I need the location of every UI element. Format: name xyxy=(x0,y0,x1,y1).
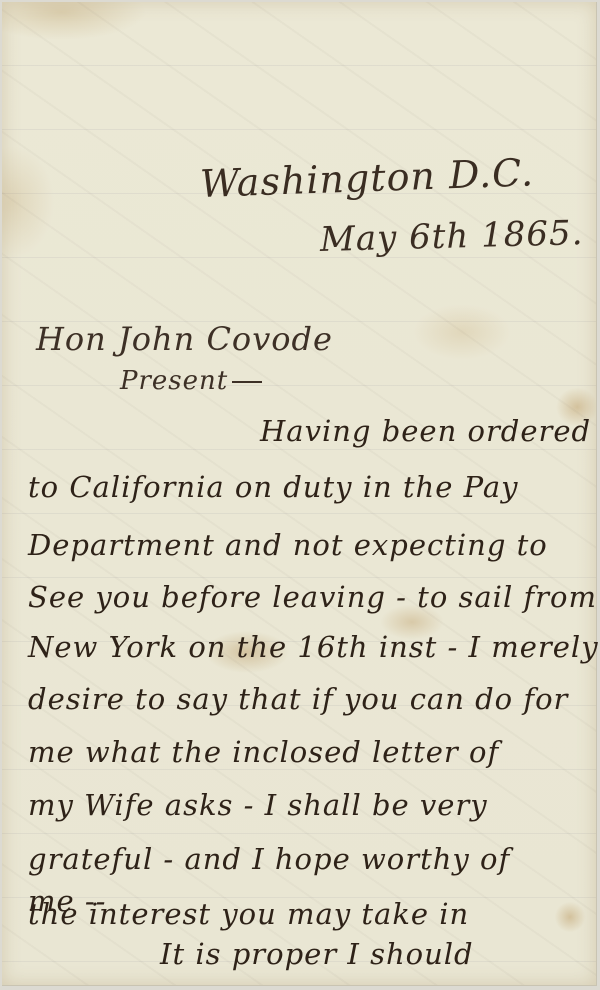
body-line: me what the inclosed letter of xyxy=(28,735,499,769)
body-line: Department and not expecting to xyxy=(28,528,548,562)
body-line: See you before leaving - to sail from xyxy=(28,580,597,614)
letter-page: Washington D.C. May 6th 1865. Hon John C… xyxy=(2,2,597,986)
body-line: desire to say that if you can do for xyxy=(28,682,568,716)
letter-place: Washington D.C. xyxy=(199,150,534,206)
letter-date: May 6th 1865. xyxy=(319,213,583,260)
body-line: grateful - and I hope worthy of xyxy=(28,842,510,876)
body-line: me -- xyxy=(28,884,106,918)
body-line: Having been ordered xyxy=(260,414,591,448)
letter-addressee-location: Present xyxy=(120,366,262,396)
present-text: Present xyxy=(120,366,228,396)
body-line: my Wife asks - I shall be very xyxy=(28,788,488,822)
letter-addressee: Hon John Covode xyxy=(36,320,333,358)
body-line: New York on the 16th inst - I merely xyxy=(28,630,599,664)
body-line: to California on duty in the Pay xyxy=(28,470,519,504)
body-line: It is proper I should xyxy=(160,937,474,971)
flourish-dash xyxy=(232,381,262,383)
